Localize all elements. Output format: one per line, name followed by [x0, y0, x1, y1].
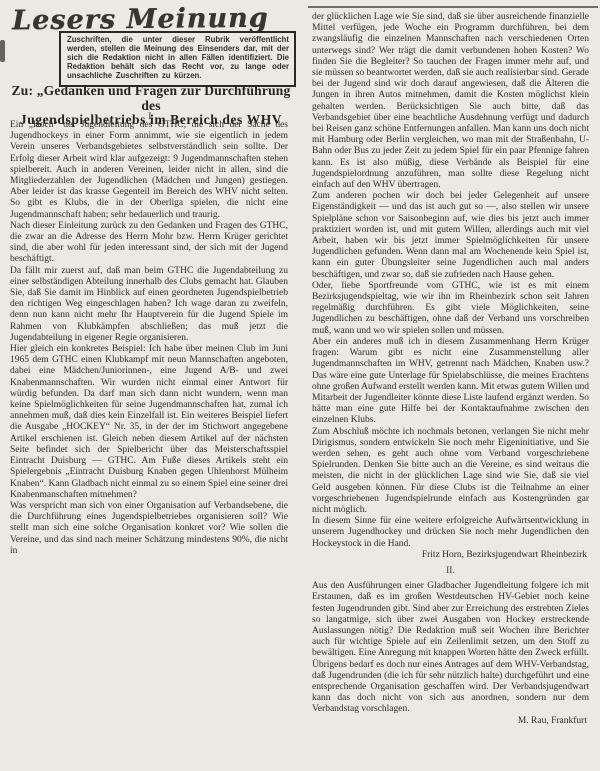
scan-artifact-smudge — [0, 40, 5, 62]
paragraph: Da fällt mir zuerst auf, daß man beim GT… — [10, 266, 288, 344]
left-column: Ein „Hoch“ der Jugendleitung des GTHC, d… — [10, 120, 288, 600]
signature-m-rau: M. Rau, Frankfurt — [312, 716, 589, 727]
paragraph: Zum Abschluß möchte ich nochmals betonen… — [312, 427, 589, 517]
paragraph: Nach dieser Einleitung zurück zu den Ged… — [10, 221, 288, 266]
paragraph: Ein „Hoch“ der Jugendleitung des GTHC, d… — [10, 120, 288, 221]
right-column: der glücklichen Lage wie Sie sind, daß s… — [312, 12, 589, 768]
scan-artifact-line — [308, 6, 598, 8]
section-label-2: II. — [312, 566, 589, 577]
paragraph: Aber ein anderes muß ich in diesem Zusam… — [312, 337, 589, 427]
paragraph: Zum anderen pochen wir doch bei jeder Ge… — [312, 191, 589, 281]
signature-fritz-horn: Fritz Horn, Bezirksjugendwart Rheinbezir… — [312, 550, 589, 561]
disclaimer-text: Zuschriften, die unter dieser Rubrik ver… — [67, 36, 289, 81]
newspaper-page: Lesers Meinung Zuschriften, die unter di… — [0, 0, 600, 771]
paragraph: Aus den Ausführungen einer Gladbacher Ju… — [312, 581, 589, 715]
paragraph: Oder, liebe Sportfreunde vom GTHC, wie i… — [312, 281, 589, 337]
disclaimer-box: Zuschriften, die unter dieser Rubrik ver… — [59, 31, 296, 87]
paragraph: Was verspricht man sich von einer Organi… — [10, 501, 288, 557]
subject-line-1: Zu: „Gedanken und Fragen zur Durchführun… — [8, 84, 294, 113]
paragraph: Hier gleich ein konkretes Beispiel: Ich … — [10, 344, 288, 501]
paragraph: der glücklichen Lage wie Sie sind, daß s… — [312, 12, 589, 191]
paragraph: In diesem Sinne für eine weitere erfolgr… — [312, 516, 589, 550]
